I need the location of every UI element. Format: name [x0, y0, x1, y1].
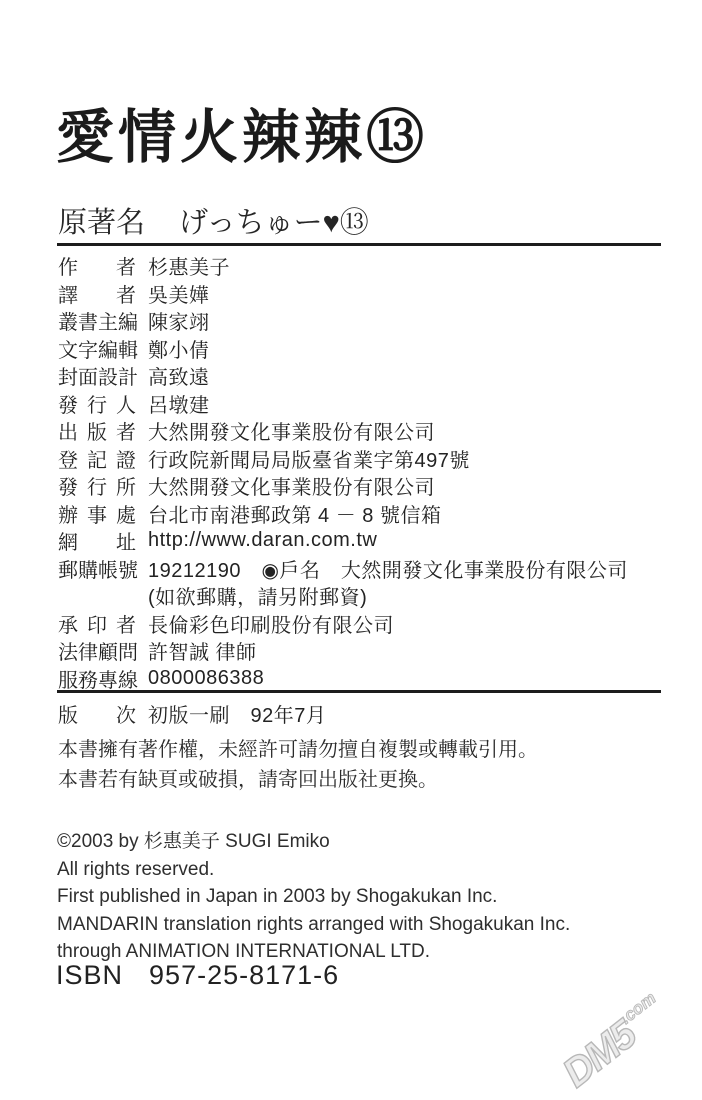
credit-row-cover-design: 封面設計 高致遠 — [58, 362, 658, 390]
credit-row-website: 網址 http://www.daran.com.tw — [58, 527, 658, 555]
credit-row-office: 辦事處 台北市南港郵政第 4 － 8 號信箱 — [58, 500, 658, 528]
credit-label: 作者 — [58, 251, 136, 280]
credit-value: 呂墩建 — [148, 389, 210, 418]
credit-value: 杉惠美子 — [148, 251, 230, 280]
credit-label: 承印者 — [58, 609, 136, 638]
rights-line-mandarin: MANDARIN translation rights arranged wit… — [57, 911, 570, 939]
credit-label: 服務專線 — [58, 664, 136, 693]
copyright-notice-line: 本書擁有著作權，未經許可請勿擅自複製或轉載引用。 — [58, 735, 538, 765]
credit-value: 鄭小倩 — [148, 334, 210, 363]
credit-row-registration: 登記證 行政院新聞局局版臺省業字第497號 — [58, 445, 658, 473]
credit-value: 高致遠 — [148, 361, 210, 390]
original-title-line: 原著名げっちゅー♥⑬ — [58, 200, 369, 241]
isbn-value: 957-25-8171-6 — [149, 960, 339, 990]
credit-label: 封面設計 — [58, 361, 136, 390]
original-title-label: 原著名 — [58, 207, 145, 239]
credit-value: 0800086388 — [148, 667, 264, 690]
credit-row-edition: 版次 初版一刷 92年7月 — [58, 700, 658, 728]
credit-value: 大然開發文化事業股份有限公司 — [148, 471, 435, 500]
credit-value: 行政院新聞局局版臺省業字第497號 — [148, 444, 470, 473]
credit-label: 登記證 — [58, 444, 136, 473]
rights-line-first-published: First published in Japan in 2003 by Shog… — [57, 883, 570, 911]
credit-row-legal-advisor: 法律顧問 許智誠 律師 — [58, 637, 658, 665]
credit-label: 郵購帳號 — [58, 554, 136, 583]
edition-value: 初版一刷 92年7月 — [148, 699, 326, 728]
credit-row-mail-order: 郵購帳號 19212190 ◉戶名 大然開發文化事業股份有限公司 — [58, 555, 658, 583]
rights-line-reserved: All rights reserved. — [57, 856, 570, 884]
credit-row-issuing-office: 發行所 大然開發文化事業股份有限公司 — [58, 472, 658, 500]
divider-top — [57, 243, 661, 246]
credit-label: 辦事處 — [58, 499, 136, 528]
credit-row-publisher-person: 發行人 呂墩建 — [58, 390, 658, 418]
credit-label: 法律顧問 — [58, 636, 136, 665]
credit-row-series-editor: 叢書主編 陳家翊 — [58, 307, 658, 335]
edition-label: 版次 — [58, 699, 136, 728]
credit-label: 文字編輯 — [58, 334, 136, 363]
copyright-notices: 本書擁有著作權，未經許可請勿擅自複製或轉載引用。 本書若有缺頁或破損，請寄回出版… — [58, 735, 538, 795]
credit-row-service-hotline: 服務專線 0800086388 — [58, 665, 658, 693]
watermark-suffix: .com — [616, 988, 659, 1027]
rights-line-copyright: ©2003 by 杉惠美子 SUGI Emiko — [57, 828, 570, 856]
dm5-watermark: DM5.com — [555, 988, 676, 1096]
credit-value: 陳家翊 — [148, 306, 210, 335]
isbn-label: ISBN — [56, 960, 123, 990]
credit-label: 譯者 — [58, 279, 136, 308]
credit-label: 發行所 — [58, 471, 136, 500]
credit-label: 發行人 — [58, 389, 136, 418]
credit-row-mail-order-note: (如欲郵購，請另附郵資) — [58, 582, 658, 610]
credit-row-text-editor: 文字編輯 鄭小倩 — [58, 335, 658, 363]
credit-row-author: 作者 杉惠美子 — [58, 252, 658, 280]
credit-row-printer: 承印者 長倫彩色印刷股份有限公司 — [58, 610, 658, 638]
credit-label: 叢書主編 — [58, 306, 136, 335]
credit-value: 台北市南港郵政第 4 － 8 號信箱 — [148, 499, 441, 528]
credit-label: 網址 — [58, 526, 136, 555]
credit-value: 許智誠 律師 — [148, 636, 257, 665]
colophon-page: 愛情火辣辣⑬ 原著名げっちゅー♥⑬ 作者 杉惠美子 譯者 吳美嬅 叢書主編 陳家… — [0, 0, 702, 1100]
credit-row-publisher: 出版者 大然開發文化事業股份有限公司 — [58, 417, 658, 445]
divider-bottom — [57, 690, 661, 693]
credit-row-translator: 譯者 吳美嬅 — [58, 280, 658, 308]
original-title: げっちゅー♥⑬ — [179, 207, 369, 239]
credit-label: 出版者 — [58, 416, 136, 445]
credit-value: 長倫彩色印刷股份有限公司 — [148, 609, 394, 638]
edition-line: 版次 初版一刷 92年7月 — [58, 700, 658, 728]
credits-list: 作者 杉惠美子 譯者 吳美嬅 叢書主編 陳家翊 文字編輯 鄭小倩 封面設計 高致… — [58, 252, 658, 692]
credit-value-note: (如欲郵購，請另附郵資) — [148, 581, 367, 610]
credit-value-url: http://www.daran.com.tw — [148, 529, 377, 552]
credit-value: 19212190 ◉戶名 大然開發文化事業股份有限公司 — [148, 554, 628, 583]
credit-value: 大然開發文化事業股份有限公司 — [148, 416, 435, 445]
returns-notice-line: 本書若有缺頁或破損，請寄回出版社更換。 — [58, 765, 538, 795]
rights-block: ©2003 by 杉惠美子 SUGI Emiko All rights rese… — [57, 828, 570, 966]
isbn-line: ISBN957-25-8171-6 — [56, 960, 339, 991]
page-title: 愛情火辣辣⑬ — [56, 90, 428, 174]
credit-value: 吳美嬅 — [148, 279, 210, 308]
